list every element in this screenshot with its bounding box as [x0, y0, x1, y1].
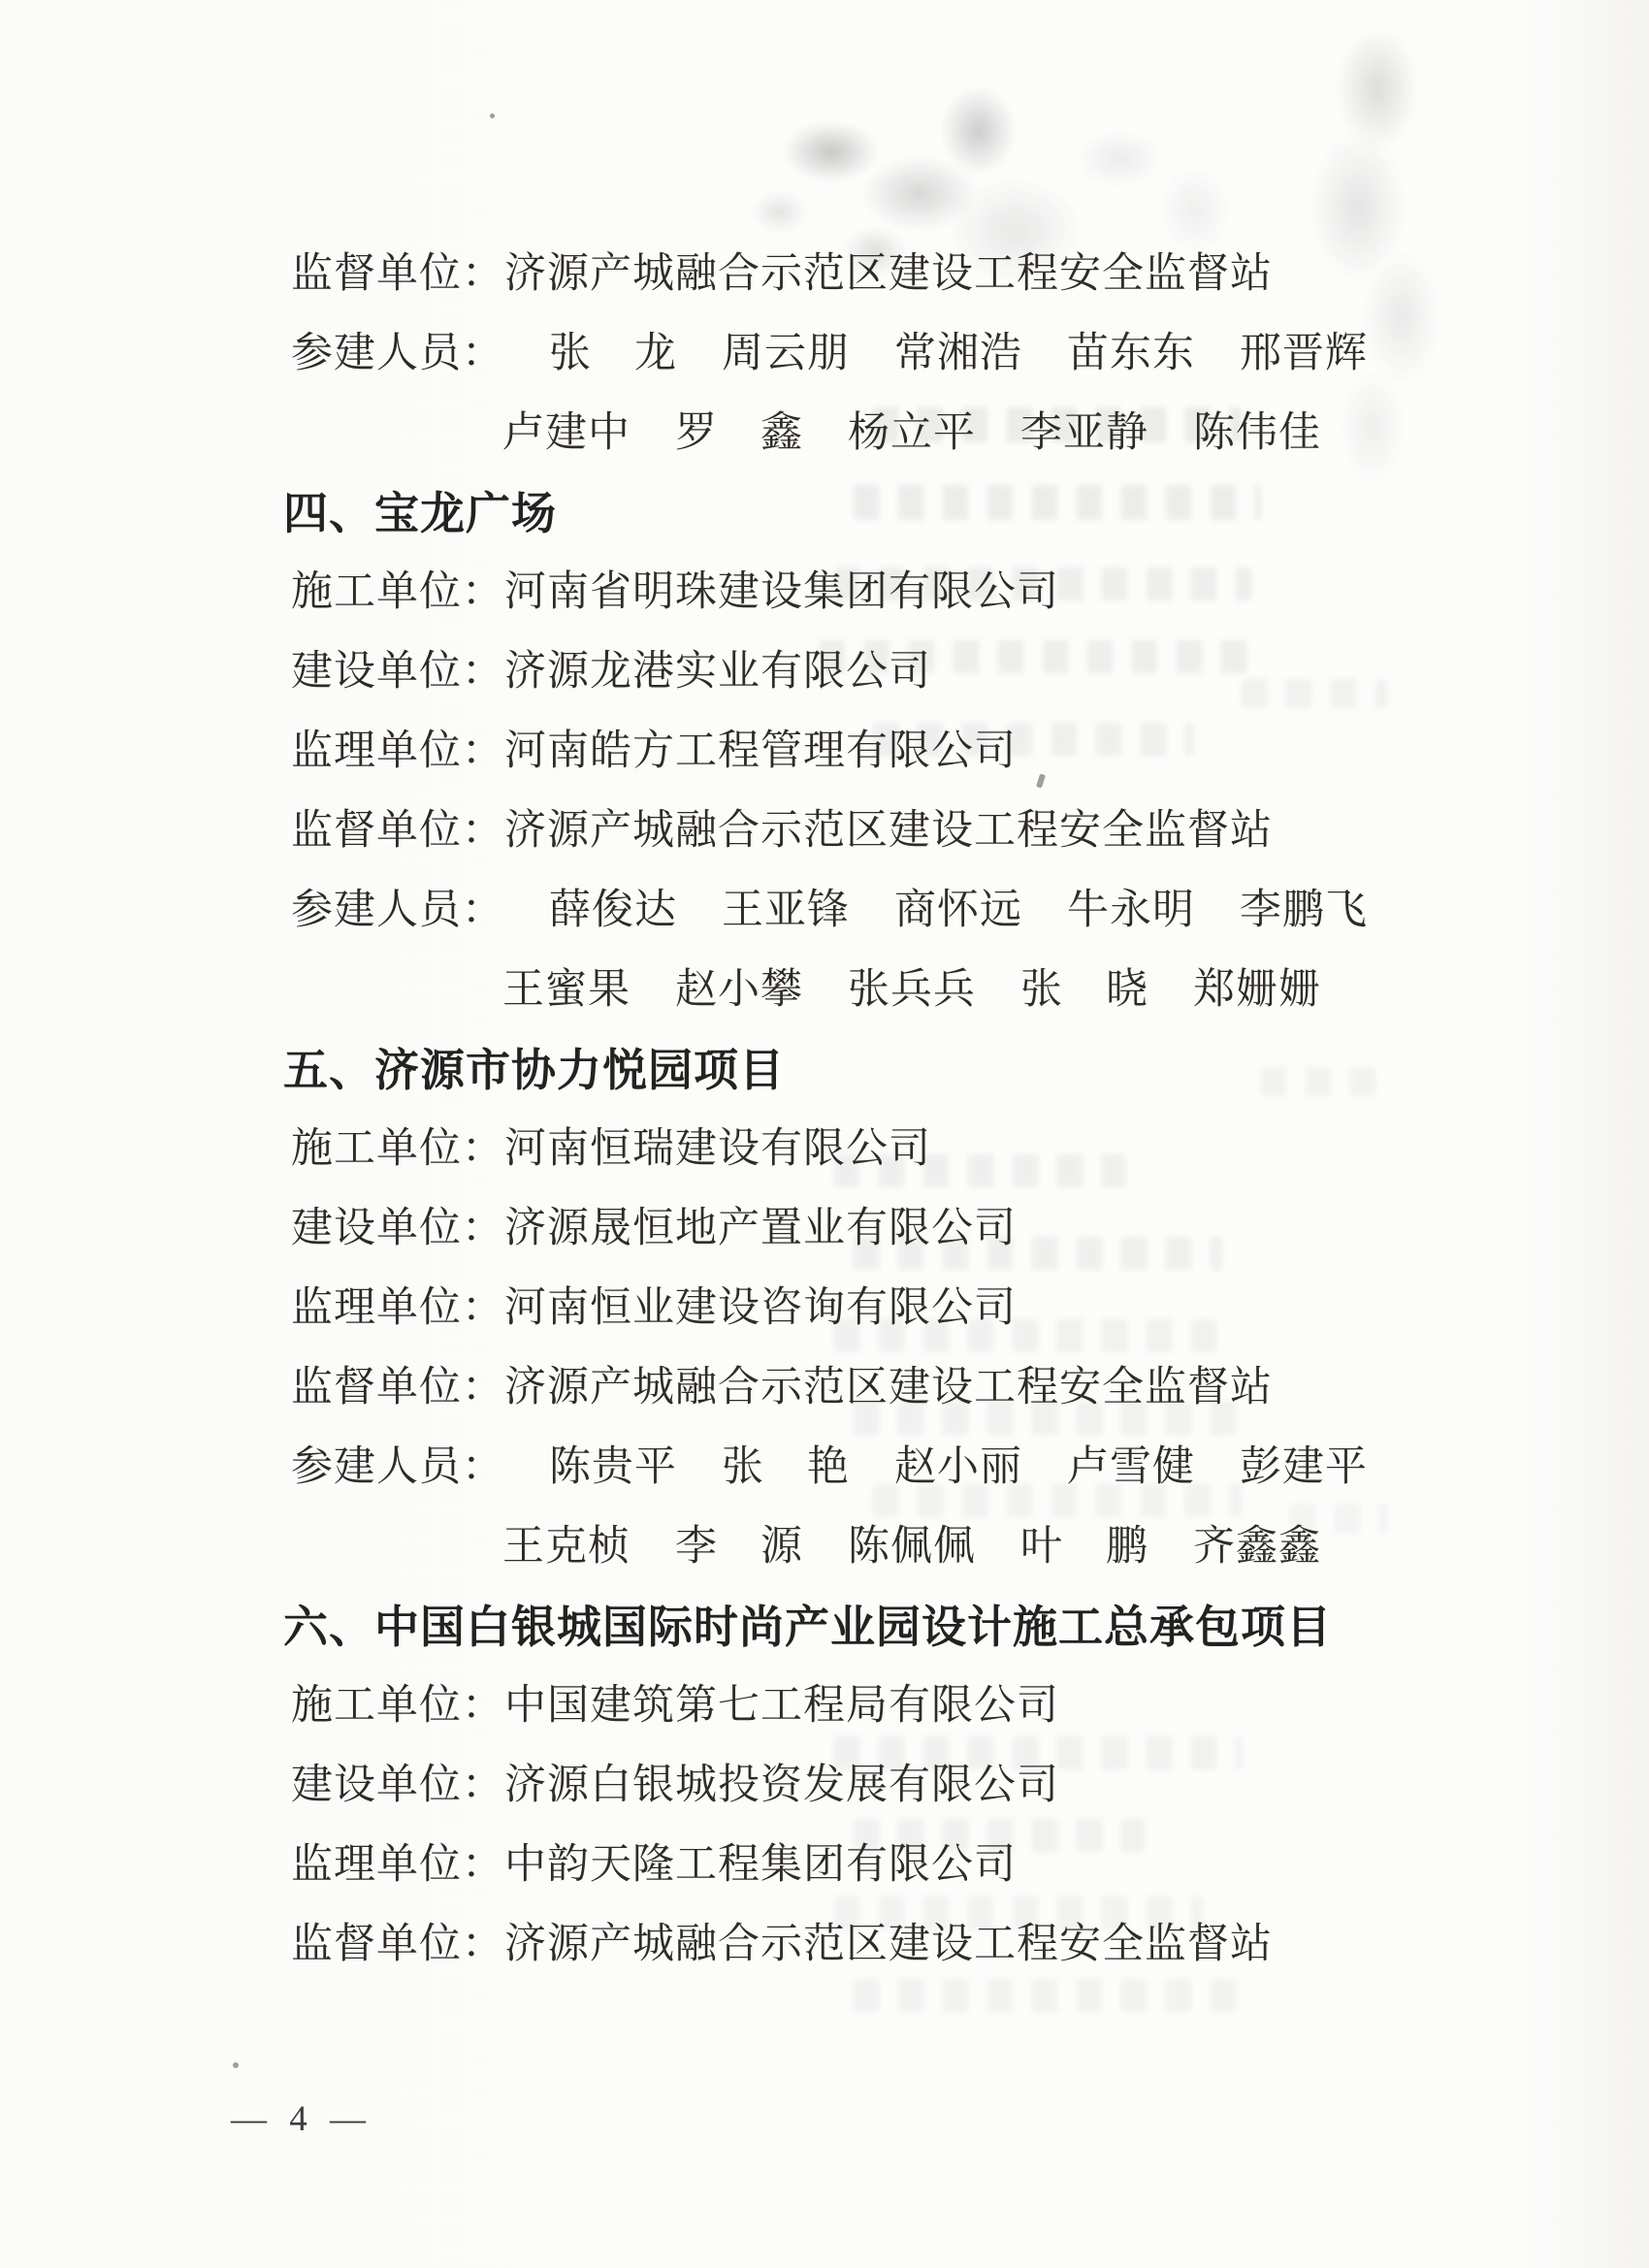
person-name: 张 艳 — [722, 1443, 850, 1492]
names-row: 参建人员：张 龙周云朋常湘浩苗东东邢晋辉 — [291, 330, 1368, 378]
field-value: 河南恒瑞建设有限公司 — [504, 1126, 931, 1172]
field-row: 监理单位：中韵天隆工程集团有限公司 — [291, 1841, 1571, 1890]
field-label: 监理单位： — [291, 1285, 504, 1331]
field-label: 参建人员： — [291, 1443, 504, 1492]
person-name: 李 源 — [675, 1523, 803, 1571]
person-name: 陈佩佩 — [848, 1523, 976, 1571]
field-label: 监理单位： — [291, 729, 504, 774]
person-name: 张 龙 — [549, 330, 677, 378]
field-row: 监督单位：济源产城融合示范区建设工程安全监督站 — [291, 250, 1571, 299]
field-row: 建设单位：济源晟恒地产置业有限公司 — [291, 1205, 1571, 1253]
section-heading: 五、济源市协力悦园项目 — [283, 1046, 1571, 1094]
names-list: 王蜜果赵小攀张兵兵张 晓郑姗姗 — [502, 966, 1321, 1015]
field-value: 济源龙港实业有限公司 — [504, 649, 931, 695]
person-name: 王克桢 — [502, 1523, 630, 1571]
person-name: 苗东东 — [1067, 330, 1195, 378]
section-heading: 六、中国白银城国际时尚产业园设计施工总承包项目 — [283, 1603, 1571, 1651]
field-value: 济源产城融合示范区建设工程安全监督站 — [504, 808, 1273, 854]
field-row: 施工单位：河南恒瑞建设有限公司 — [291, 1125, 1571, 1174]
field-row: 监督单位：济源产城融合示范区建设工程安全监督站 — [291, 1921, 1571, 1969]
names-list: 张 龙周云朋常湘浩苗东东邢晋辉 — [549, 330, 1368, 378]
person-name: 商怀远 — [894, 887, 1022, 935]
field-label: 参建人员： — [291, 887, 504, 935]
field-value: 济源产城融合示范区建设工程安全监督站 — [504, 251, 1273, 297]
ink-speck — [233, 2062, 239, 2068]
field-label: 建设单位： — [291, 649, 504, 695]
field-label: 监督单位： — [291, 808, 504, 854]
person-name: 周云朋 — [722, 330, 850, 378]
field-label: 参建人员： — [291, 330, 504, 378]
field-label: 建设单位： — [291, 1763, 504, 1808]
section-heading: 四、宝龙广场 — [283, 489, 1571, 537]
names-row: 参建人员：陈贵平张 艳赵小丽卢雪健彭建平 — [291, 1443, 1368, 1492]
field-row: 施工单位：河南省明珠建设集团有限公司 — [291, 568, 1571, 617]
field-row: 施工单位：中国建筑第七工程局有限公司 — [291, 1682, 1571, 1731]
field-value: 中国建筑第七工程局有限公司 — [504, 1683, 1059, 1729]
field-label: 建设单位： — [291, 1206, 504, 1251]
person-name: 常湘浩 — [894, 330, 1022, 378]
person-name: 赵小攀 — [675, 966, 803, 1015]
field-label: 监督单位： — [291, 1365, 504, 1410]
ink-speck — [490, 113, 495, 118]
person-name: 王亚锋 — [722, 887, 850, 935]
person-name: 叶 鹏 — [1020, 1523, 1148, 1571]
field-label: 监督单位： — [291, 251, 504, 297]
person-name: 罗 鑫 — [675, 409, 803, 458]
person-name: 卢建中 — [502, 409, 630, 458]
person-name: 杨立平 — [848, 409, 976, 458]
field-row: 监督单位：济源产城融合示范区建设工程安全监督站 — [291, 1364, 1571, 1412]
person-name: 牛永明 — [1067, 887, 1195, 935]
field-value: 济源产城融合示范区建设工程安全监督站 — [504, 1365, 1273, 1410]
page-number: — 4 — — [231, 2098, 372, 2140]
names-list: 卢建中罗 鑫杨立平李亚静陈伟佳 — [502, 409, 1321, 458]
field-value: 河南皓方工程管理有限公司 — [504, 729, 1017, 774]
scanned-document-page: 监督单位：济源产城融合示范区建设工程安全监督站参建人员：张 龙周云朋常湘浩苗东东… — [0, 0, 1649, 2268]
document-body: 监督单位：济源产城融合示范区建设工程安全监督站参建人员：张 龙周云朋常湘浩苗东东… — [291, 250, 1571, 2000]
field-row: 建设单位：济源龙港实业有限公司 — [291, 648, 1571, 697]
field-value: 济源白银城投资发展有限公司 — [504, 1763, 1059, 1808]
names-row: 卢建中罗 鑫杨立平李亚静陈伟佳 — [291, 409, 1571, 458]
field-row: 监理单位：河南恒业建设咨询有限公司 — [291, 1284, 1571, 1333]
person-name: 邢晋辉 — [1240, 330, 1368, 378]
person-name: 赵小丽 — [894, 1443, 1022, 1492]
names-list: 陈贵平张 艳赵小丽卢雪健彭建平 — [549, 1443, 1368, 1492]
field-row: 监督单位：济源产城融合示范区建设工程安全监督站 — [291, 807, 1571, 856]
person-name: 陈贵平 — [549, 1443, 677, 1492]
names-row: 王蜜果赵小攀张兵兵张 晓郑姗姗 — [291, 966, 1571, 1015]
person-name: 齐鑫鑫 — [1193, 1523, 1321, 1571]
field-row: 建设单位：济源白银城投资发展有限公司 — [291, 1762, 1571, 1810]
person-name: 张兵兵 — [848, 966, 976, 1015]
field-label: 监督单位： — [291, 1922, 504, 1967]
names-row: 参建人员：薛俊达王亚锋商怀远牛永明李鹏飞 — [291, 887, 1368, 935]
person-name: 陈伟佳 — [1193, 409, 1321, 458]
names-list: 薛俊达王亚锋商怀远牛永明李鹏飞 — [549, 887, 1368, 935]
person-name: 彭建平 — [1240, 1443, 1368, 1492]
field-value: 河南恒业建设咨询有限公司 — [504, 1285, 1017, 1331]
person-name: 李鹏飞 — [1240, 887, 1368, 935]
person-name: 郑姗姗 — [1193, 966, 1321, 1015]
field-label: 施工单位： — [291, 1126, 504, 1172]
field-value: 中韵天隆工程集团有限公司 — [504, 1842, 1017, 1888]
names-list: 王克桢李 源陈佩佩叶 鹏齐鑫鑫 — [502, 1523, 1321, 1571]
person-name: 张 晓 — [1020, 966, 1148, 1015]
field-label: 监理单位： — [291, 1842, 504, 1888]
person-name: 李亚静 — [1020, 409, 1148, 458]
person-name: 王蜜果 — [502, 966, 630, 1015]
names-row: 王克桢李 源陈佩佩叶 鹏齐鑫鑫 — [291, 1523, 1571, 1571]
field-label: 施工单位： — [291, 1683, 504, 1729]
field-row: 监理单位：河南皓方工程管理有限公司 — [291, 728, 1571, 776]
field-value: 济源产城融合示范区建设工程安全监督站 — [504, 1922, 1273, 1967]
field-label: 施工单位： — [291, 569, 504, 615]
person-name: 卢雪健 — [1067, 1443, 1195, 1492]
field-value: 河南省明珠建设集团有限公司 — [504, 569, 1059, 615]
field-value: 济源晟恒地产置业有限公司 — [504, 1206, 1017, 1251]
person-name: 薛俊达 — [549, 887, 677, 935]
